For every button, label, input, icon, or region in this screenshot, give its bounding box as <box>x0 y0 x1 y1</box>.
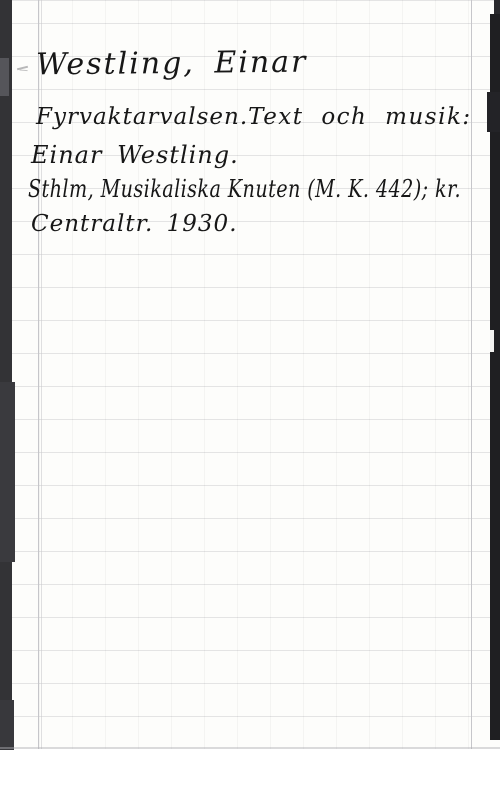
scan-edge-left-bulge <box>0 382 15 562</box>
scan-edge-right-bulge <box>487 92 500 132</box>
scan-edge-right <box>490 14 500 740</box>
imprint-line: Sthlm, Musikaliska Knuten (M. K. 442); k… <box>28 173 461 205</box>
work-title: Fyrvaktarvalsen. <box>36 101 248 133</box>
scan-edge-right-nub <box>494 0 500 14</box>
card-heading-author: Westling, Einar <box>36 45 308 84</box>
catalog-card: Westling, Einar Fyrvaktarvalsen. Text oc… <box>0 0 500 749</box>
responsibility-label: Text och musik: <box>248 101 472 133</box>
card-bottom-edge <box>0 747 500 749</box>
printer-year-line: Centraltr. 1930. <box>31 208 238 240</box>
scan-edge-left-foot <box>0 700 14 750</box>
title-statement-line: Fyrvaktarvalsen. Text och musik: <box>36 101 467 133</box>
scan-edge-right-notch <box>490 330 494 352</box>
scan-edge-left <box>0 0 12 750</box>
responsibility-author: Einar Westling. <box>31 139 239 171</box>
scanned-page: Westling, Einar Fyrvaktarvalsen. Text oc… <box>0 0 500 800</box>
scan-edge-left-light-patch <box>0 58 9 96</box>
pencil-mark <box>17 66 28 71</box>
